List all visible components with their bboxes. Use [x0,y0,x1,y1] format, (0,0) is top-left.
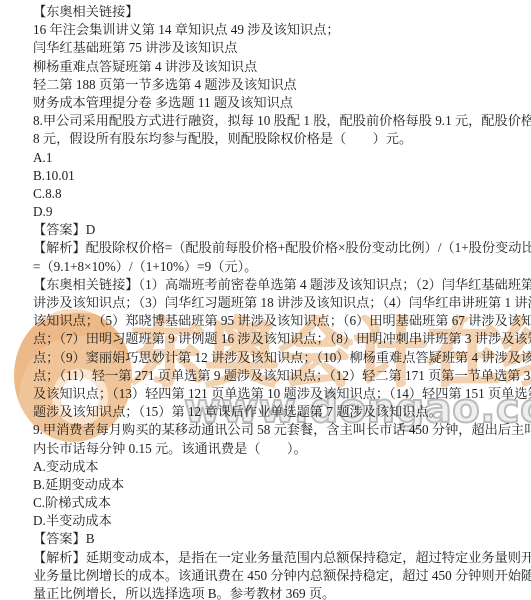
q8-analysis-line-1: 【解析】配股除权价格=（配股前每股价格+配股价格×股份变动比例）/（1+股份变动… [33,239,529,257]
q9-analysis-line-1: 【解析】延期变动成本，是指在一定业务量范围内总额保持稳定，超过特定业务量则开始随 [33,549,529,567]
related-links-2-line-5: 点；（9）窦丽娟巧思妙计第 12 讲涉及该知识点；（10）柳杨重难点答疑班第 4… [33,349,529,367]
q9-option-d: D.半变动成本 [33,512,529,530]
related-links-2-line-4: 点；（7）田明习题班第 9 讲例题 16 涉及该知识点；（8）田明冲刺串讲班第 … [33,330,529,348]
link-item-5: 财务成本管理提分卷 多选题 11 题及该知识点 [33,94,529,112]
q9-option-b: B.延期变动成本 [33,476,529,494]
related-links-2-line-3: 该知识点；（5）郑晓博基础班第 95 讲涉及该知识点；（6）田明基础班第 67 … [33,312,529,330]
q8-option-d: D.9 [33,203,529,221]
q9-answer: 【答案】B [33,530,529,548]
link-item-3: 柳杨重难点答疑班第 4 讲涉及该知识点 [33,58,529,76]
q8-analysis-line-2: =（9.1+8×10%）/（1+10%）=9（元）。 [33,258,529,276]
question-9-line-2: 内长市话每分钟 0.15 元。该通讯费是（ ）。 [33,440,529,458]
question-8-line-2: 8 元，假设所有股东均参与配股，则配股除权价格是（ ）元。 [33,130,529,148]
q8-option-c: C.8.8 [33,185,529,203]
q8-option-b: B.10.01 [33,167,529,185]
related-links-2-line-8: 题涉及该知识点；（15）第 12 章课后作业单选题第 7 题涉及该知识点。 [33,403,529,421]
link-item-2: 闫华红基础班第 75 讲涉及该知识点 [33,39,529,57]
question-9-line-1: 9.甲消费者每月购买的某移动通讯公司 58 元套餐，含主叫长市话 450 分钟，… [33,421,529,439]
link-item-4: 轻二第 188 页第一节多选第 4 题涉及该知识点 [33,76,529,94]
q8-option-a: A.1 [33,149,529,167]
q9-option-c: C.阶梯式成本 [33,494,529,512]
related-links-2-line-6: 点；（11）轻一第 271 页单选第 9 题涉及该知识点；（12）轻二第 171… [33,367,529,385]
q9-analysis-line-2: 业务量比例增长的成本。该通讯费在 450 分钟内总额保持稳定，超过 450 分钟… [33,567,529,585]
related-links-2-line-1: 【东奥相关链接】（1）高端班考前密卷单选第 4 题涉及该知识点；（2）闫华红基础… [33,276,529,294]
related-links-title-1: 【东奥相关链接】 [33,3,529,21]
q9-analysis-line-3: 量正比例增长，所以选择选项 B。参考教材 369 页。 [33,585,529,600]
related-links-2-line-7: 及该知识点；（13）轻四第 121 页单选第 10 题涉及该知识点；（14）轻四… [33,385,529,403]
q8-answer: 【答案】D [33,221,529,239]
q9-option-a: A.变动成本 [33,458,529,476]
link-item-1: 16 年注会集训讲义第 14 章知识点 49 涉及该知识点； [33,21,529,39]
document-content: 【东奥相关链接】16 年注会集训讲义第 14 章知识点 49 涉及该知识点；闫华… [33,3,529,600]
question-8-line-1: 8.甲公司采用配股方式进行融资，拟每 10 股配 1 股，配股前价格每股 9.1… [33,112,529,130]
related-links-2-line-2: 讲涉及该知识点；（3）闫华红习题班第 18 讲涉及该知识点；（4）闫华红串讲班第… [33,294,529,312]
document-page: 东奥会计在线 www.dongao.com 【东奥相关链接】16 年注会集训讲义… [0,0,531,600]
